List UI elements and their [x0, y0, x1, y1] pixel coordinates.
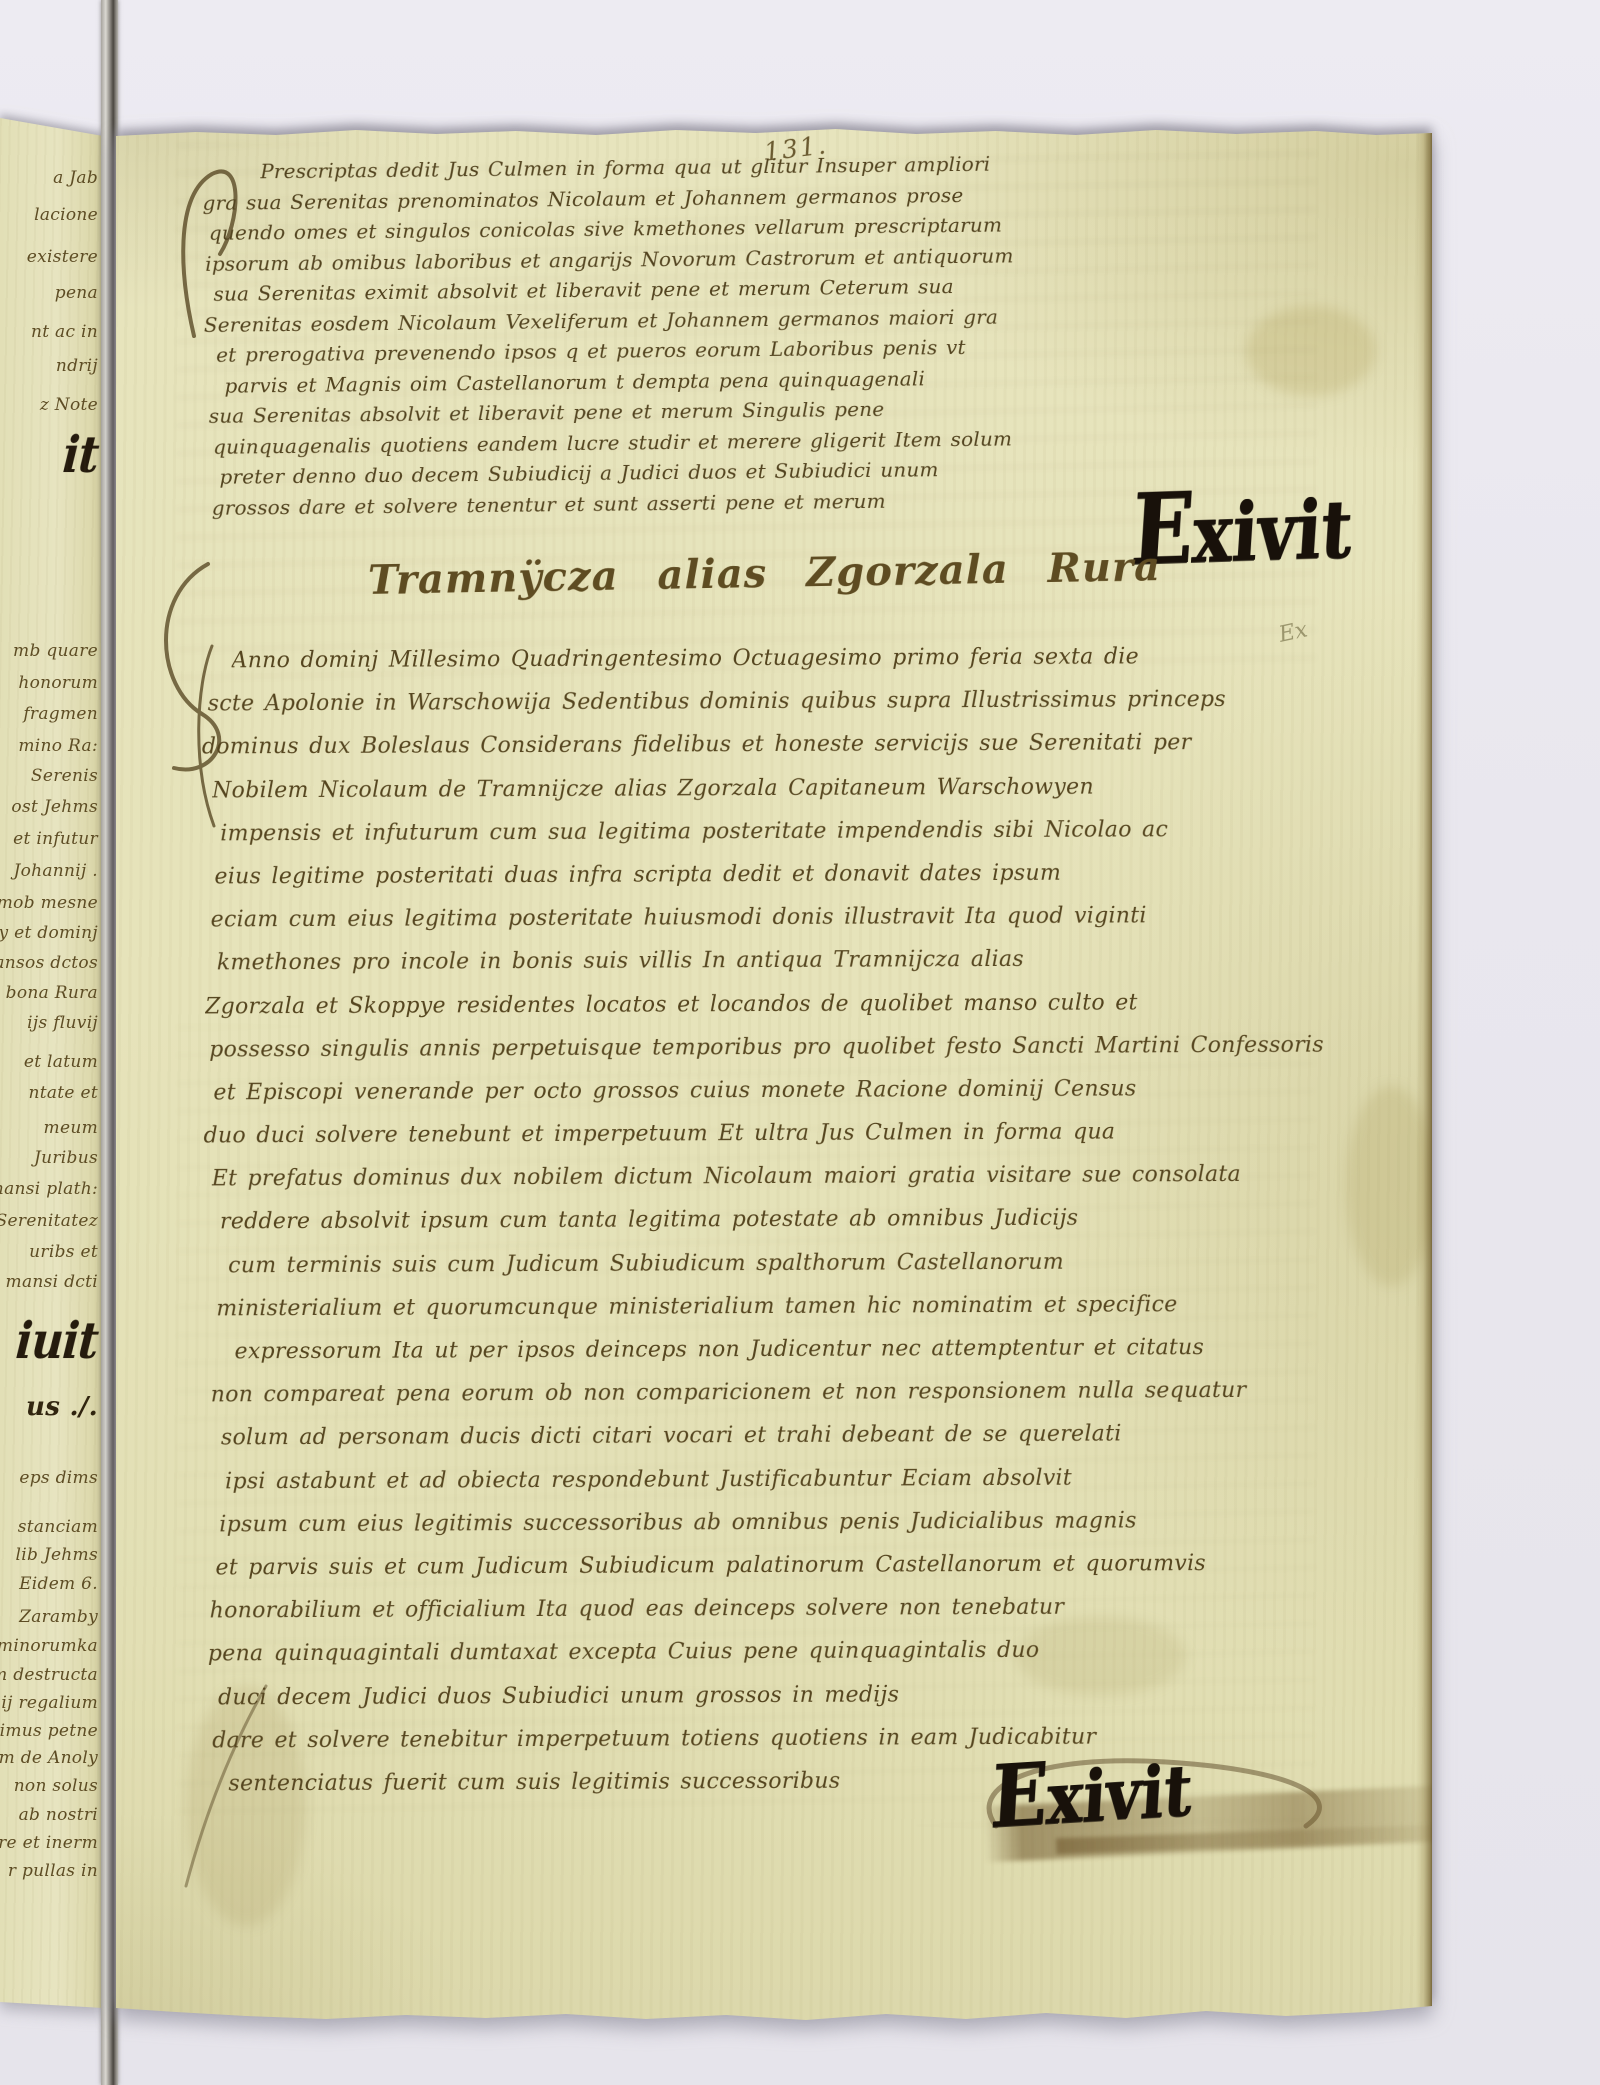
manuscript-line: duci decem Judici duos Subiudici unum gr…: [218, 1680, 1326, 1728]
facing-page-text-fragment: mansos dctos: [0, 953, 98, 973]
facing-page-text-fragment: mb quare: [13, 641, 98, 661]
manuscript-line: duo duci solvere tenebunt et imperpetuum…: [204, 1119, 1324, 1167]
facing-page-text-fragment: a Jab: [53, 168, 98, 188]
facing-page-text-fragment: Juribus: [34, 1148, 98, 1168]
manuscript-line: non compareat pena eorum ob non comparic…: [211, 1378, 1325, 1426]
facing-page-text-fragment: meum: [44, 1118, 98, 1138]
facing-page-text-fragment: mansi dcti: [6, 1272, 98, 1292]
facing-page-text-fragment: stanciam: [18, 1517, 98, 1537]
paragraph-two: Anno dominj Millesimo Quadringentesimo O…: [201, 644, 1326, 1815]
facing-page-text-fragment: orum de Anoly: [0, 1748, 98, 1768]
parchment-leaf-wrap: 131. Prescriptas dedit Jus Culmen in for…: [116, 126, 1432, 2022]
facing-page-text-fragment: ntate et: [28, 1083, 98, 1103]
manuscript-line: honorabilium et officialium Ita quod eas…: [210, 1594, 1326, 1642]
manuscript-line: Nobilem Nicolaum de Tramnijcze alias Zgo…: [212, 773, 1322, 821]
facing-page-text-fragment: iuit: [14, 1312, 100, 1371]
facing-page-text-fragment: lacione: [34, 205, 98, 225]
manuscript-line: solum ad personam ducis dicti citari voc…: [221, 1421, 1325, 1469]
facing-page-text-fragment: atre et inerm: [0, 1833, 98, 1853]
facing-page-text-fragment: lib Jehms: [15, 1545, 98, 1565]
facing-page-text-fragment: mino Ra:: [18, 736, 98, 756]
facing-page-text-fragment: fragmen: [23, 704, 98, 724]
facing-page-text-fragment: pena: [55, 283, 98, 303]
exit-mark-top: Exivit: [1128, 464, 1356, 587]
facing-page-text-fragment: mansi plath:: [0, 1179, 98, 1199]
facing-page-text-fragment: uribs et: [29, 1242, 98, 1262]
facing-page-text-fragment: nt ac in: [31, 322, 98, 342]
facing-page-text-fragment: gitimus petne: [0, 1721, 98, 1741]
facing-page-text-fragment: Zaramby: [19, 1607, 98, 1627]
facing-page-text-fragment: et latum: [24, 1052, 98, 1072]
manuscript-line: eciam cum eius legitima posteritate huiu…: [211, 903, 1323, 951]
facing-page-text-fragment: Eidem 6.: [19, 1574, 98, 1594]
manuscript-line: scte Apolonie in Warschowija Sedentibus …: [208, 687, 1322, 735]
manuscript-line: reddere absolvit ipsum cum tanta legitim…: [220, 1205, 1324, 1253]
facing-page-text-fragment: Serenitatez: [0, 1211, 98, 1231]
facing-page-text-fragment: et dominorumka: [0, 1636, 98, 1656]
facing-page-text-fragment: honorum: [18, 673, 98, 693]
manuscript-line: et Episcopi venerande per octo grossos c…: [213, 1075, 1323, 1123]
facing-page-text-fragment: eps dims: [19, 1468, 98, 1488]
manuscript-line: kmethones pro incole in bonis suis villi…: [217, 946, 1323, 994]
facing-page-text-fragment: et infutur: [13, 829, 98, 849]
exit-mark-bottom: Exivit: [988, 1734, 1195, 1848]
manuscript-line: ministerialium et quorumcunque ministeri…: [216, 1291, 1324, 1339]
manuscript-line: ipsum cum eius legitimis successoribus a…: [219, 1507, 1325, 1555]
facing-page-text-fragment: ijs fluvij: [27, 1013, 98, 1033]
manuscript-line: Zgorzala et Skoppye residentes locatos e…: [205, 989, 1323, 1037]
facing-page-text-fragment: ndrij: [56, 356, 98, 376]
facing-page-text-fragment: Johannij .: [13, 861, 98, 881]
facing-page-text-fragment: it: [61, 426, 101, 485]
manuscript-line: eius legitime posteritati duas infra scr…: [214, 859, 1322, 907]
facing-page-text-fragment: existere: [27, 247, 98, 267]
facing-page-edge-wrap: a Jablacioneexisterepenant ac inndrijz N…: [0, 112, 103, 2012]
facing-page-text-fragment: non solus: [14, 1776, 98, 1796]
facing-page-text-fragment: olaij regalium: [0, 1693, 98, 1713]
facing-page-text-fragment: m destructa: [0, 1665, 98, 1685]
manuscript-line: pena quinquagintali dumtaxat excepta Cui…: [208, 1637, 1326, 1685]
manuscript-line: possesso singulis annis perpetuisque tem…: [209, 1032, 1323, 1080]
facing-page-text-fragment: ty et dominj: [0, 923, 98, 943]
facing-page-edge: a Jablacioneexisterepenant ac inndrijz N…: [0, 112, 103, 2012]
manuscript-line: cum terminis suis cum Judicum Subiudicum…: [228, 1248, 1324, 1296]
manuscript-line: dominus dux Boleslaus Considerans fideli…: [202, 730, 1322, 778]
facing-page-text-fragment: ost Jehms: [11, 797, 98, 817]
manuscript-scan: a Jablacioneexisterepenant ac inndrijz N…: [0, 0, 1600, 2085]
facing-page-text-fragment: Serenis: [31, 766, 98, 786]
paragraph-one: Prescriptas dedit Jus Culmen in forma qu…: [202, 148, 1326, 526]
manuscript-line: Anno dominj Millesimo Quadringentesimo O…: [231, 644, 1321, 692]
manuscript-line: impensis et infuturum cum sua legitima p…: [220, 816, 1322, 864]
manuscript-line: expressorum Ita ut per ipsos deinceps no…: [234, 1335, 1324, 1383]
manuscript-line: ipsi astabunt et ad obiecta respondebunt…: [225, 1464, 1325, 1512]
manuscript-line: Et prefatus dominus dux nobilem dictum N…: [212, 1162, 1324, 1210]
facing-page-text-fragment: us ./.: [26, 1392, 98, 1422]
facing-page-text-fragment: mob mesne: [0, 893, 98, 913]
manuscript-line: et parvis suis et cum Judicum Subiudicum…: [215, 1550, 1325, 1598]
facing-page-text-fragment: bona Rura: [6, 983, 98, 1003]
facing-page-text-fragment: r pullas in: [8, 1861, 98, 1881]
facing-page-text-fragment: ab nostri: [19, 1805, 98, 1825]
facing-page-text-fragment: z Note: [40, 395, 98, 415]
page-fore-edge: [1416, 126, 1432, 2022]
parchment-page: 131. Prescriptas dedit Jus Culmen in for…: [116, 126, 1432, 2022]
